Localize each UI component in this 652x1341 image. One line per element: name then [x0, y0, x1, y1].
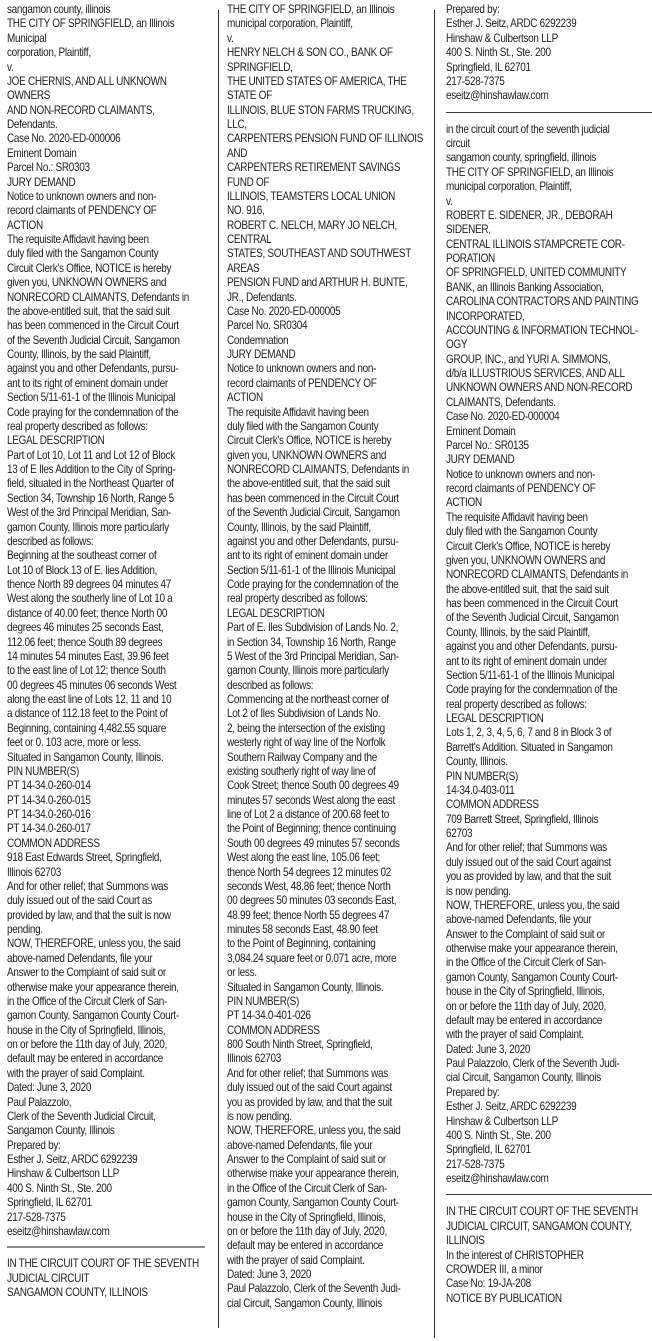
notice-text-line: gamon County, Illinois more particularly	[7, 521, 183, 535]
notice-text-line: Prepared by:	[446, 3, 621, 17]
section-divider	[446, 1194, 652, 1195]
notice-text-line: JURY DEMAND	[7, 176, 183, 190]
notice-text-line: Parcel No.: SR0135	[446, 439, 621, 453]
notice-text-line: The requisite Affidavit having been	[227, 406, 401, 420]
notice-text-line: Circuit Clerk's Office, NOTICE is hereby	[227, 434, 401, 448]
notice-text-line: real property described as follows:	[7, 420, 183, 434]
notice-text-line: is now pending.	[446, 885, 621, 899]
notice-text-line: against you and other Defendants, pursu-	[7, 362, 183, 376]
notice-text-line: AREAS	[227, 262, 401, 276]
notice-text-line: Defendants.	[7, 118, 183, 132]
notice-text-line: minutes 57 seconds West along the east	[227, 794, 401, 808]
notice-text-line: Dated: June 3, 2020	[227, 1268, 401, 1282]
notice-text-line: COMMON ADDRESS	[7, 837, 183, 851]
notice-text-line: eseitz@hinshawlaw.com	[446, 89, 621, 103]
notice-text-line: THE CITY OF SPRINGFIELD, an Illinois	[7, 17, 183, 31]
section-divider	[446, 112, 652, 113]
notice-text-line: NOW, THEREFORE, unless you, the said	[446, 899, 621, 913]
notice-text-line: cial Circuit, Sangamon County, Illinois	[227, 1297, 401, 1311]
notice-text-line: has been commenced in the Circuit Court	[7, 319, 183, 333]
notice-text-line: feet or 0. 103 acre, more or less.	[7, 736, 183, 750]
notice-text-line: circuit	[446, 137, 621, 151]
notice-text-line: house in the City of Springfield, Illino…	[7, 1024, 183, 1038]
notice-text-line: Notice to unknown owners and non-	[446, 468, 621, 482]
notice-text-line: Eminent Domain	[446, 425, 621, 439]
notice-text-line: Answer to the Complaint of said suit or	[7, 966, 183, 980]
notice-text-line: duly filed with the Sangamon County	[227, 420, 401, 434]
notice-text-line: PIN NUMBER(S)	[227, 995, 401, 1009]
notice-text-line: duly issued out of the said Court agains…	[227, 1081, 401, 1095]
notice-text-line: And for other relief; that Summons was	[446, 841, 621, 855]
notice-text-line: The requisite Affidavit having been	[7, 233, 183, 247]
notice-text-line: gamon County, Sangamon County Court-	[7, 1009, 183, 1023]
notice-text-line: FUND OF	[227, 176, 401, 190]
notice-text-line: duly filed with the Sangamon County	[446, 525, 621, 539]
notice-text-line: described as follows:	[7, 535, 183, 549]
notice-text-line: Lot 10 of Block 13 of E. lies Addition,	[7, 564, 183, 578]
notice-text-line: NONRECORD CLAIMANTS, Defendants in	[446, 568, 621, 582]
notice-text-line: described as follows:	[227, 679, 401, 693]
notice-text-line: 3,084.24 square feet or 0.071 acre, more	[227, 952, 401, 966]
notice-text-line: Parcel No.: SR0303	[7, 161, 183, 175]
notice-text-line: PIN NUMBER(S)	[446, 770, 621, 784]
notice-text-line: JR., Defendants.	[227, 291, 401, 305]
notice-text-line: westerly right of way line of the Norfol…	[227, 736, 401, 750]
notice-text-line: on or before the 11th day of July, 2020,	[7, 1038, 183, 1052]
column-1: sangamon county, illinoisTHE CITY OF SPR…	[7, 3, 212, 1300]
notice-text-line: above-named Defendants, file your	[446, 913, 621, 927]
notice-text-line: line of Lot 2 a distance of 200.68 feet …	[227, 808, 401, 822]
notice-text-line: default may be entered in accordance	[227, 1239, 401, 1253]
notice-text-line: THE CITY OF SPRINGFIELD, an Illinois	[446, 166, 621, 180]
notice-text-line: Dated: June 3, 2020	[446, 1043, 621, 1057]
notice-text-line: has been commenced in the Circuit Court	[446, 597, 621, 611]
notice-text-line: PT 14-34.0-260-014	[7, 779, 183, 793]
notice-text-line: COMMON ADDRESS	[227, 1024, 401, 1038]
notice-text-line: ant to its right of eminent domain under	[7, 377, 183, 391]
notice-text-line: with the prayer of said Complaint.	[227, 1254, 401, 1268]
notice-text-line: ROBERT E. SIDENER, JR., DEBORAH	[446, 209, 621, 223]
notice-text-line: NO. 916,	[227, 204, 401, 218]
notice-text-line: duly issued out of the said Court as	[7, 894, 183, 908]
notice-text-line: house in the City of Springfield, Illino…	[227, 1211, 401, 1225]
notice-text-line: Section 5/11-61-1 of the Illinois Munici…	[7, 391, 183, 405]
notice-text-line: 400 S. Ninth St., Ste. 200	[446, 46, 621, 60]
notice-text-line: AND NON-RECORD CLAIMANTS,	[7, 104, 183, 118]
notice-text-line: And for other relief; that Summons was	[7, 880, 183, 894]
notice-text-line: field, situated in the Northeast Quarter…	[7, 477, 183, 491]
section-divider	[7, 1246, 205, 1248]
notice-text-line: NOW, THEREFORE, unless you, the said	[227, 1124, 401, 1138]
notice-text-line: South 00 degrees 49 minutes 57 seconds	[227, 837, 401, 851]
notice-text-line: Esther J. Seitz, ARDC 6292239	[7, 1153, 183, 1167]
notice-text-line: HENRY NELCH & SON CO., BANK OF	[227, 46, 401, 60]
notice-text-line: Situated in Sangamon County, Illinois.	[227, 981, 401, 995]
notice-text-line: Eminent Domain	[7, 147, 183, 161]
notice-text-line: existing southerly right of way line of	[227, 765, 401, 779]
notice-text-line: Section 5/11-61-1 of the Illinois Munici…	[446, 669, 621, 683]
notice-text-line: Circuit Clerk's Office, NOTICE is hereby	[7, 262, 183, 276]
notice-text-line: municipal corporation, Plaintiff,	[227, 17, 401, 31]
notice-text-line: against you and other Defendants, pursu-	[446, 640, 621, 654]
notice-text-line: Illinois 62703	[7, 866, 183, 880]
legal-notice-block: IN THE CIRCUIT COURT OF THE SEVENTHJUDIC…	[7, 1257, 212, 1300]
column-2: THE CITY OF SPRINGFIELD, an Illinoismuni…	[227, 3, 429, 1311]
notice-text-line: PT 14-34.0-260-017	[7, 822, 183, 836]
notice-text-line: PT 14-34.0-401-026	[227, 1009, 401, 1023]
notice-text-line: CARPENTERS PENSION FUND OF ILLINOIS	[227, 132, 401, 146]
notice-text-line: eseitz@hinshawlaw.com	[446, 1172, 621, 1186]
notice-text-line: LEGAL DESCRIPTION	[227, 607, 401, 621]
notice-text-line: of the Seventh Judicial Circuit, Sangamo…	[7, 334, 183, 348]
notice-text-line: 62703	[446, 827, 621, 841]
notice-text-line: with the prayer of said Complaint.	[7, 1067, 183, 1081]
notice-text-line: to the Point of Beginning, containing	[227, 937, 401, 951]
notice-text-line: above-named Defendants, file your	[227, 1139, 401, 1153]
notice-text-line: 217-528-7375	[446, 75, 621, 89]
notice-text-line: OF SPRINGFIELD, UNITED COMMUNITY	[446, 266, 621, 280]
notice-text-line: record claimants of PENDENCY OF	[227, 377, 401, 391]
notice-text-line: otherwise make your appearance therein,	[227, 1167, 401, 1181]
notice-text-line: a distance of 112.18 feet to the Point o…	[7, 707, 183, 721]
notice-text-line: County, Illinois, by the said Plaintiff,	[446, 626, 621, 640]
notice-text-line: PORATION	[446, 252, 621, 266]
notice-text-line: Southern Railway Company and the	[227, 751, 401, 765]
notice-text-line: Part of Lot 10, Lot 11 and Lot 12 of Blo…	[7, 449, 183, 463]
notice-text-line: Parcel No. SR0304	[227, 319, 401, 333]
notice-text-line: you as provided by law, and that the sui…	[446, 870, 621, 884]
notice-text-line: 217-528-7375	[446, 1158, 621, 1172]
notice-text-line: in the circuit court of the seventh judi…	[446, 123, 621, 137]
column-divider	[218, 10, 219, 1328]
notice-text-line: seconds West, 48.86 feet; thence North	[227, 880, 401, 894]
notice-text-line: CAROLINA CONTRACTORS AND PAINTING	[446, 295, 621, 309]
notice-text-line: 217-528-7375	[7, 1211, 183, 1225]
notice-text-line: in the Office of the Circuit Clerk of Sa…	[227, 1182, 401, 1196]
notice-text-line: gamon County, Sangamon County Court-	[227, 1196, 401, 1210]
notice-text-line: Sangamon County, Illinois	[7, 1124, 183, 1138]
notice-text-line: in Section 34, Township 16 North, Range	[227, 636, 401, 650]
notice-text-line: Municipal	[7, 32, 183, 46]
notice-text-line: record claimants of PENDENCY OF	[446, 482, 621, 496]
notice-text-line: Commencing at the northeast corner of	[227, 693, 401, 707]
notice-text-line: thence North 54 degrees 12 minutes 02	[227, 866, 401, 880]
notice-text-line: v.	[7, 61, 183, 75]
notice-text-line: distance of 40.00 feet; thence North 00	[7, 607, 183, 621]
notice-text-line: THE UNITED STATES OF AMERICA, THE	[227, 75, 401, 89]
notice-text-line: Barrett's Addition. Situated in Sangamon	[446, 741, 621, 755]
notice-text-line: default may be entered in accordance	[446, 1014, 621, 1028]
notice-text-line: 14 minutes 54 minutes East, 39.96 feet	[7, 650, 183, 664]
notice-text-line: Beginning, containing 4,482.55 square	[7, 722, 183, 736]
notice-text-line: Code praying for the condemnation of the	[446, 683, 621, 697]
notice-text-line: with the prayer of said Complaint.	[446, 1028, 621, 1042]
notice-text-line: JUDICIAL CIRCUIT	[7, 1272, 183, 1286]
notice-text-line: Cook Street; thence South 00 degrees 49	[227, 779, 401, 793]
notice-text-line: ILLINOIS, BLUE STON FARMS TRUCKING,	[227, 104, 401, 118]
notice-text-line: duly issued out of the said Court agains…	[446, 856, 621, 870]
notice-text-line: otherwise make your appearance therein,	[7, 981, 183, 995]
notice-text-line: you as provided by law, and that the sui…	[227, 1096, 401, 1110]
notice-text-line: NOW, THEREFORE, unless you, the said	[7, 937, 183, 951]
notice-text-line: Part of E. Iles Subdivision of Lands No.…	[227, 621, 401, 635]
notice-text-line: 400 S. Ninth St., Ste. 200	[446, 1129, 621, 1143]
notice-text-line: County, Illinois, by the said Plaintiff,	[7, 348, 183, 362]
notice-text-line: IN THE CIRCUIT COURT OF THE SEVENTH	[7, 1257, 183, 1271]
notice-text-line: CENTRAL	[227, 233, 401, 247]
notice-text-line: West along the east line, 105.06 feet;	[227, 851, 401, 865]
notice-text-line: ant to its right of eminent domain under	[446, 655, 621, 669]
notice-text-line: the above-entitled suit, that the said s…	[227, 477, 401, 491]
notice-text-line: 00 degrees 50 minutes 03 seconds East,	[227, 894, 401, 908]
legal-notices-page: sangamon county, illinoisTHE CITY OF SPR…	[0, 0, 652, 1341]
notice-text-line: record claimants of PENDENCY OF	[7, 204, 183, 218]
notice-text-line: PT 14-34.0-260-015	[7, 794, 183, 808]
notice-text-line: against you and other Defendants, pursu-	[227, 535, 401, 549]
notice-text-line: duly filed with the Sangamon County	[7, 247, 183, 261]
notice-text-line: West of the 3rd Principal Meridian, San-	[7, 506, 183, 520]
notice-text-line: Prepared by:	[446, 1086, 621, 1100]
notice-text-line: LEGAL DESCRIPTION	[446, 712, 621, 726]
notice-text-line: Condemnation	[227, 334, 401, 348]
notice-text-line: to the east line of Lot 12; thence South	[7, 664, 183, 678]
column-3: Prepared by:Esther J. Seitz, ARDC 629223…	[446, 3, 650, 1306]
notice-text-line: on or before the 11th day of July, 2020,	[446, 1000, 621, 1014]
notice-text-line: house in the City of Springfield, Illino…	[446, 985, 621, 999]
notice-text-line: Answer to the Complaint of said suit or	[446, 928, 621, 942]
notice-text-line: Lot 2 of Iles Subdivision of Lands No.	[227, 707, 401, 721]
notice-text-line: has been commenced in the Circuit Court	[227, 492, 401, 506]
notice-text-line: Paul Palazzolo, Clerk of the Seventh Jud…	[227, 1282, 401, 1296]
notice-text-line: Section 5/11-61-1 of the Illinois Munici…	[227, 564, 401, 578]
notice-text-line: The requisite Affidavit having been	[446, 511, 621, 525]
notice-text-line: CARPENTERS RETIREMENT SAVINGS	[227, 161, 401, 175]
notice-text-line: JURY DEMAND	[446, 453, 621, 467]
notice-text-line: JOE CHERNIS, AND ALL UNKNOWN	[7, 75, 183, 89]
notice-text-line: along the east line of Lots 12, 11 and 1…	[7, 693, 183, 707]
notice-text-line: AND	[227, 147, 401, 161]
notice-text-line: 13 of E Iles Addition to the City of Spr…	[7, 463, 183, 477]
notice-text-line: ILLINOIS	[446, 1234, 621, 1248]
notice-text-line: or less.	[227, 966, 401, 980]
notice-text-line: Situated in Sangamon County, Illinois.	[7, 751, 183, 765]
notice-text-line: LLC,	[227, 118, 401, 132]
notice-text-line: above-named Defendants, file your	[7, 952, 183, 966]
notice-text-line: Esther J. Seitz, ARDC 6292239	[446, 17, 621, 31]
notice-text-line: Esther J. Seitz, ARDC 6292239	[446, 1100, 621, 1114]
notice-text-line: gamon County, Sangamon County Court-	[446, 971, 621, 985]
notice-text-line: Illinois 62703	[227, 1052, 401, 1066]
notice-text-line: Notice to unknown owners and non-	[227, 362, 401, 376]
notice-text-line: SIDENER,	[446, 223, 621, 237]
notice-text-line: THE CITY OF SPRINGFIELD, an Illinois	[227, 3, 401, 17]
notice-text-line: CLAIMANTS, Defendants.	[446, 396, 621, 410]
notice-text-line: PT 14-34.0-260-016	[7, 808, 183, 822]
notice-text-line: OWNERS	[7, 89, 183, 103]
notice-text-line: Paul Palazzolo,	[7, 1096, 183, 1110]
notice-text-line: County, Illinois.	[446, 755, 621, 769]
notice-text-line: is now pending.	[227, 1110, 401, 1124]
notice-text-line: PENSION FUND and ARTHUR H. BUNTE,	[227, 276, 401, 290]
notice-text-line: And for other relief; that Summons was	[227, 1067, 401, 1081]
notice-text-line: Dated: June 3, 2020	[7, 1081, 183, 1095]
notice-text-line: 00 degrees 45 minutes 06 seconds West	[7, 679, 183, 693]
notice-text-line: cial Circuit, Sangamon County, Illinois	[446, 1071, 621, 1085]
notice-text-line: 918 East Edwards Street, Springfield,	[7, 851, 183, 865]
notice-text-line: the Point of Beginning; thence continuin…	[227, 822, 401, 836]
notice-text-line: gamon County, Illinois more particularly	[227, 664, 401, 678]
notice-text-line: 14-34.0-403-011	[446, 784, 621, 798]
notice-text-line: ACTION	[446, 496, 621, 510]
notice-text-line: corporation, Plaintiff,	[7, 46, 183, 60]
notice-text-line: 800 South Ninth Street, Springfield,	[227, 1038, 401, 1052]
notice-text-line: 400 S. Ninth St., Ste. 200	[7, 1182, 183, 1196]
notice-text-line: default may be entered in accordance	[7, 1052, 183, 1066]
notice-text-line: Paul Palazzolo, Clerk of the Seventh Jud…	[446, 1057, 621, 1071]
notice-text-line: UNKNOWN OWNERS AND NON-RECORD	[446, 381, 621, 395]
notice-text-line: West along the southerly line of Lot 10 …	[7, 592, 183, 606]
notice-text-line: Springfield, IL 62701	[446, 1143, 621, 1157]
notice-text-line: GROUP, INC., and YURI A. SIMMONS,	[446, 353, 621, 367]
notice-text-line: CENTRAL ILLINOIS STAMPCRETE COR-	[446, 238, 621, 252]
notice-text-line: pending.	[7, 923, 183, 937]
notice-text-line: NOTICE BY PUBLICATION	[446, 1292, 621, 1306]
notice-text-line: Notice to unknown owners and non-	[7, 190, 183, 204]
notice-text-line: Case No. 2020-ED-000006	[7, 132, 183, 146]
notice-text-line: CROWDER III, a minor	[446, 1263, 621, 1277]
notice-text-line: thence North 89 degrees 04 minutes 47	[7, 578, 183, 592]
notice-text-line: Hinshaw & Culbertson LLP	[7, 1167, 183, 1181]
notice-text-line: IN THE CIRCUIT COURT OF THE SEVENTH	[446, 1205, 621, 1219]
notice-text-line: SANGAMON COUNTY, ILLINOIS	[7, 1286, 183, 1300]
notice-text-line: in the Office of the Circuit Clerk of Sa…	[7, 995, 183, 1009]
notice-text-line: Case No. 2020-ED-000005	[227, 305, 401, 319]
notice-text-line: ant to its right of eminent domain under	[227, 549, 401, 563]
notice-text-line: LEGAL DESCRIPTION	[7, 434, 183, 448]
notice-text-line: municipal corporation, Plaintiff,	[446, 180, 621, 194]
notice-text-line: Code praying for the condemnation of the	[227, 578, 401, 592]
notice-text-line: Code praying for the condemnation of the	[7, 406, 183, 420]
notice-text-line: Prepared by:	[7, 1139, 183, 1153]
notice-text-line: PIN NUMBER(S)	[7, 765, 183, 779]
notice-text-line: COMMON ADDRESS	[446, 798, 621, 812]
notice-text-line: BANK, an Illinois Banking Association,	[446, 281, 621, 295]
notice-text-line: Hinshaw & Culbertson LLP	[446, 32, 621, 46]
notice-text-line: 48.99 feet; thence North 55 degrees 47	[227, 909, 401, 923]
notice-text-line: Springfield, IL 62701	[446, 61, 621, 75]
notice-text-line: Answer to the Complaint of said suit or	[227, 1153, 401, 1167]
notice-text-line: minutes 58 seconds East, 48.90 feet	[227, 923, 401, 937]
notice-text-line: County, Illinois, by the said Plaintiff,	[227, 521, 401, 535]
notice-text-line: STATES, SOUTHEAST AND SOUTHWEST	[227, 247, 401, 261]
notice-text-line: OGY	[446, 338, 621, 352]
notice-text-line: given you, UNKNOWN OWNERS and	[7, 276, 183, 290]
notice-text-line: Hinshaw & Culbertson LLP	[446, 1115, 621, 1129]
notice-text-line: Case No: 19-JA-208	[446, 1277, 621, 1291]
legal-notice-block: sangamon county, illinoisTHE CITY OF SPR…	[7, 3, 212, 1239]
notice-text-line: ROBERT C. NELCH, MARY JO NELCH,	[227, 219, 401, 233]
notice-text-line: 709 Barrett Street, Springfield, Illinoi…	[446, 813, 621, 827]
notice-text-line: given you, UNKNOWN OWNERS and	[446, 554, 621, 568]
notice-text-line: of the Seventh Judicial Circuit, Sangamo…	[227, 506, 401, 520]
legal-notice-block: IN THE CIRCUIT COURT OF THE SEVENTHJUDIC…	[446, 1205, 650, 1306]
column-divider	[434, 10, 435, 1338]
notice-text-line: the above-entitled suit, that the said s…	[446, 583, 621, 597]
notice-text-line: sangamon county, springfield, illinois	[446, 151, 621, 165]
notice-text-line: in the Office of the Circuit Clerk of Sa…	[446, 956, 621, 970]
notice-text-line: Section 34, Township 16 North, Range 5	[7, 492, 183, 506]
notice-text-line: Clerk of the Seventh Judicial Circuit,	[7, 1110, 183, 1124]
notice-text-line: In the interest of CHRISTOPHER	[446, 1249, 621, 1263]
notice-text-line: ACCOUNTING & INFORMATION TECHNOL-	[446, 324, 621, 338]
notice-text-line: 5 West of the 3rd Principal Meridian, Sa…	[227, 650, 401, 664]
notice-text-line: Circuit Clerk's Office, NOTICE is hereby	[446, 540, 621, 554]
notice-text-line: JUDICIAL CIRCUIT, SANGAMON COUNTY,	[446, 1220, 621, 1234]
notice-text-line: v.	[446, 195, 621, 209]
notice-text-line: Lots 1, 2, 3, 4, 5, 6, 7 and 8 in Block …	[446, 726, 621, 740]
legal-notice-block: THE CITY OF SPRINGFIELD, an Illinoismuni…	[227, 3, 429, 1311]
notice-text-line: d/b/a ILLUSTRIOUS SERVICES, AND ALL	[446, 367, 621, 381]
notice-text-line: SPRINGFIELD,	[227, 61, 401, 75]
notice-text-line: sangamon county, illinois	[7, 3, 183, 17]
notice-text-line: given you, UNKNOWN OWNERS and	[227, 449, 401, 463]
notice-text-line: ACTION	[7, 219, 183, 233]
notice-text-line: eseitz@hinshawlaw.com	[7, 1225, 183, 1239]
notice-text-line: ACTION	[227, 391, 401, 405]
notice-text-line: real property described as follows:	[446, 698, 621, 712]
notice-text-line: 112.06 feet; thence South 89 degrees	[7, 636, 183, 650]
notice-text-line: STATE OF	[227, 89, 401, 103]
legal-notice-block: in the circuit court of the seventh judi…	[446, 123, 650, 1187]
notice-text-line: provided by law, and that the suit is no…	[7, 909, 183, 923]
notice-text-line: 2, being the intersection of the existin…	[227, 722, 401, 736]
notice-text-line: otherwise make your appearance therein,	[446, 942, 621, 956]
notice-text-line: INCORPORATED,	[446, 310, 621, 324]
notice-text-line: JURY DEMAND	[227, 348, 401, 362]
notice-text-line: Springfield, IL 62701	[7, 1196, 183, 1210]
notice-text-line: of the Seventh Judicial Circuit, Sangamo…	[446, 611, 621, 625]
notice-text-line: on or before the 11th day of July, 2020,	[227, 1225, 401, 1239]
notice-text-line: v.	[227, 32, 401, 46]
notice-text-line: real property described as follows:	[227, 592, 401, 606]
legal-notice-block: Prepared by:Esther J. Seitz, ARDC 629223…	[446, 3, 650, 104]
notice-text-line: Case No. 2020-ED-000004	[446, 410, 621, 424]
notice-text-line: NONRECORD CLAIMANTS, Defendants in	[7, 291, 183, 305]
notice-text-line: Beginning at the southeast corner of	[7, 549, 183, 563]
notice-text-line: the above-entitled suit, that the said s…	[7, 305, 183, 319]
notice-text-line: ILLINOIS, TEAMSTERS LOCAL UNION	[227, 190, 401, 204]
notice-text-line: NONRECORD CLAIMANTS, Defendants in	[227, 463, 401, 477]
notice-text-line: degrees 46 minutes 25 seconds East,	[7, 621, 183, 635]
